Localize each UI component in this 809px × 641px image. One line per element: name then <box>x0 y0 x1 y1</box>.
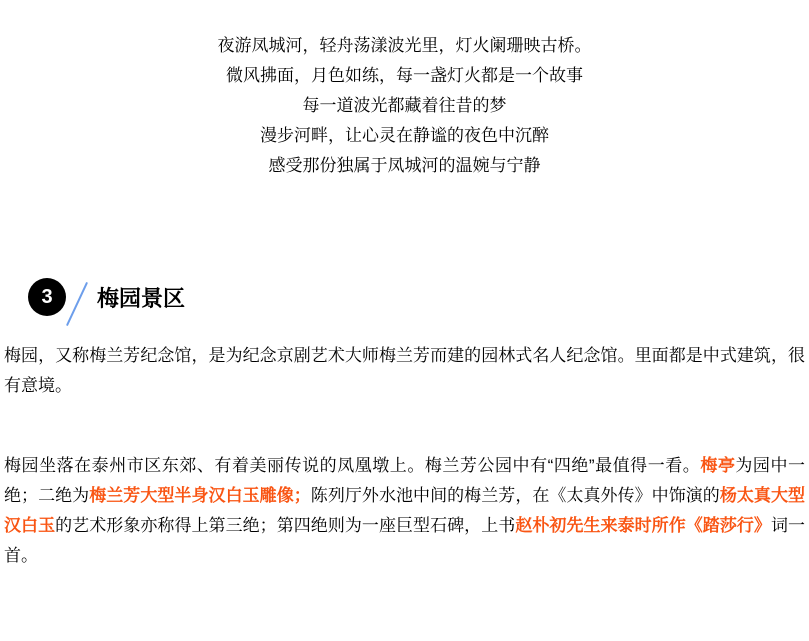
body-text: 梅园，又称梅兰芳纪念馆，是为纪念京剧艺术大师梅兰芳而建的园林式名人纪念馆。里面都… <box>4 346 805 395</box>
paragraph-four-wonders: 梅园坐落在泰州市区东郊、有着美丽传说的凤凰墩上。梅兰芳公园中有“四绝”最值得一看… <box>4 451 805 571</box>
poem-line: 感受那份独属于凤城河的温婉与宁静 <box>0 151 809 181</box>
intro-poem: 夜游凤城河，轻舟荡漾波光里，灯火阑珊映古桥。微风拂面，月色如练，每一盏灯火都是一… <box>0 0 809 181</box>
body-text: 的艺术形象亦称得上第三绝；第四绝则为一座巨型石碑，上书 <box>55 516 515 535</box>
article-page: 夜游凤城河，轻舟荡漾波光里，灯火阑珊映古桥。微风拂面，月色如练，每一盏灯火都是一… <box>0 0 809 641</box>
highlighted-text: 赵朴初先生来泰时所作《踏莎行》 <box>515 516 771 535</box>
poem-line: 夜游凤城河，轻舟荡漾波光里，灯火阑珊映古桥。 <box>0 31 809 61</box>
section-header: 3 梅园景区 <box>28 278 809 328</box>
highlighted-text: 梅兰芳大型半身汉白玉雕像； <box>89 486 311 505</box>
body-text: 陈列厅外水池中间的梅兰芳，在《太真外传》中饰演的 <box>311 486 720 505</box>
poem-line: 微风拂面，月色如练，每一盏灯火都是一个故事 <box>0 61 809 91</box>
poem-line: 每一道波光都藏着往昔的梦 <box>0 91 809 121</box>
highlighted-text: 梅亭 <box>700 456 735 475</box>
section-number: 3 <box>41 286 52 309</box>
diagonal-slash-icon <box>66 282 88 326</box>
section-number-badge: 3 <box>28 278 66 316</box>
poem-line: 漫步河畔，让心灵在静谧的夜色中沉醉 <box>0 121 809 151</box>
section-title: 梅园景区 <box>97 286 185 312</box>
paragraph-intro: 梅园，又称梅兰芳纪念馆，是为纪念京剧艺术大师梅兰芳而建的园林式名人纪念馆。里面都… <box>4 341 805 401</box>
body-text: 梅园坐落在泰州市区东郊、有着美丽传说的凤凰墩上。梅兰芳公园中有“四绝”最值得一看… <box>4 456 700 475</box>
